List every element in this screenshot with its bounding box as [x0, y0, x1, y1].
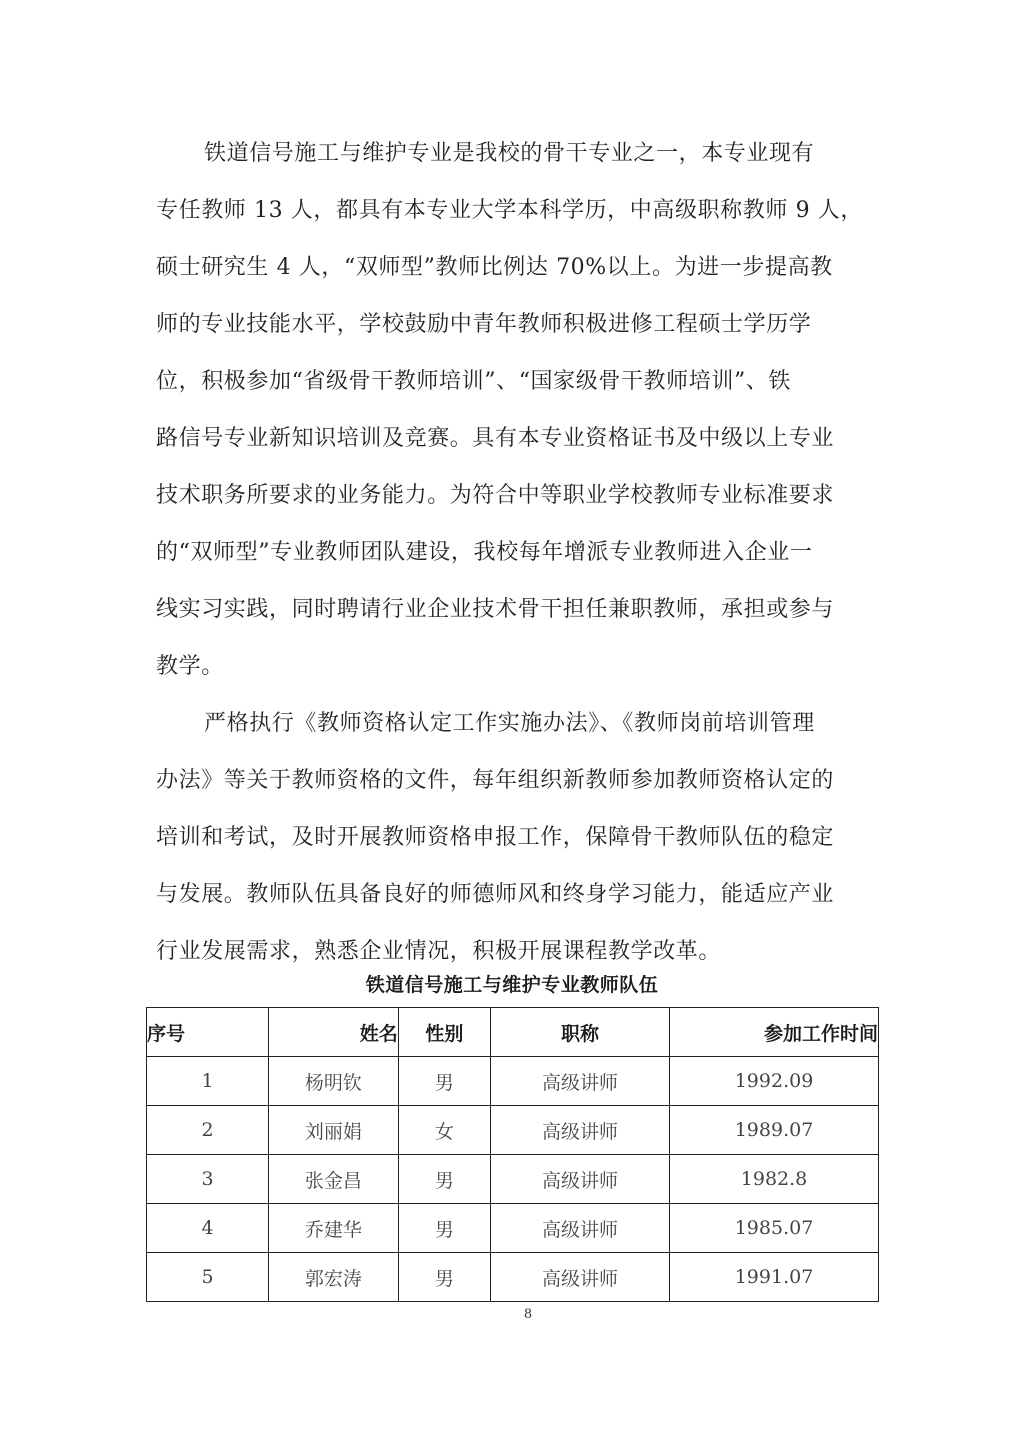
- cell-work-start: 1992.09: [670, 1057, 879, 1106]
- cell-work-start: 1989.07: [670, 1106, 879, 1155]
- text-line: 师的专业技能水平，学校鼓励中青年教师积极进修工程硕士学历学: [156, 303, 868, 360]
- table-row: 1 杨明钦 男 高级讲师 1992.09: [147, 1057, 879, 1106]
- text-line: 线实习实践，同时聘请行业企业技术骨干担任兼职教师，承担或参与: [156, 588, 868, 645]
- text-line: 路信号专业新知识培训及竞赛。具有本专业资格证书及中级以上专业: [156, 417, 868, 474]
- cell-gender: 女: [398, 1106, 490, 1155]
- text-line: 严格执行《教师资格认定工作实施办法》、《教师岗前培训管理: [156, 702, 868, 759]
- document-page: 铁道信号施工与维护专业是我校的骨干专业之一，本专业现有 专任教师 13 人，都具…: [0, 0, 1024, 1448]
- table-row: 2 刘丽娟 女 高级讲师 1989.07: [147, 1106, 879, 1155]
- text-line: 办法》等关于教师资格的文件，每年组织新教师参加教师资格认定的: [156, 759, 868, 816]
- cell-name: 张金昌: [269, 1155, 399, 1204]
- header-title: 职称: [490, 1008, 669, 1057]
- text-line: 的“双师型”专业教师团队建设，我校每年增派专业教师进入企业一: [156, 531, 868, 588]
- cell-index: 2: [147, 1106, 269, 1155]
- cell-index: 1: [147, 1057, 269, 1106]
- text-line: 硕士研究生 4 人，“双师型”教师比例达 70%以上。为进一步提高教: [156, 246, 868, 303]
- body-text: 铁道信号施工与维护专业是我校的骨干专业之一，本专业现有 专任教师 13 人，都具…: [156, 132, 868, 987]
- paragraph-teacher-overview: 铁道信号施工与维护专业是我校的骨干专业之一，本专业现有 专任教师 13 人，都具…: [156, 132, 868, 702]
- table-row: 4 乔建华 男 高级讲师 1985.07: [147, 1204, 879, 1253]
- page-number: 8: [0, 1307, 1024, 1322]
- teacher-table: 序号 姓名 性别 职称 参加工作时间 1 杨明钦 男 高级讲师 1992.09 …: [146, 1007, 879, 1302]
- text-line: 与发展。教师队伍具备良好的师德师风和终身学习能力，能适应产业: [156, 873, 868, 930]
- header-index: 序号: [147, 1008, 269, 1057]
- cell-name: 杨明钦: [269, 1057, 399, 1106]
- text-line: 培训和考试，及时开展教师资格申报工作，保障骨干教师队伍的稳定: [156, 816, 868, 873]
- cell-gender: 男: [398, 1057, 490, 1106]
- table-caption: 铁道信号施工与维护专业教师队伍: [146, 970, 878, 997]
- cell-title: 高级讲师: [490, 1204, 669, 1253]
- text-line: 铁道信号施工与维护专业是我校的骨干专业之一，本专业现有: [156, 132, 868, 189]
- cell-work-start: 1991.07: [670, 1253, 879, 1302]
- cell-name: 乔建华: [269, 1204, 399, 1253]
- cell-index: 3: [147, 1155, 269, 1204]
- paragraph-qualification-policy: 严格执行《教师资格认定工作实施办法》、《教师岗前培训管理 办法》等关于教师资格的…: [156, 702, 868, 987]
- cell-title: 高级讲师: [490, 1106, 669, 1155]
- cell-name: 郭宏涛: [269, 1253, 399, 1302]
- text-line: 专任教师 13 人，都具有本专业大学本科学历，中高级职称教师 9 人，: [156, 189, 868, 246]
- text-line: 教学。: [156, 645, 868, 702]
- cell-gender: 男: [398, 1253, 490, 1302]
- header-name: 姓名: [269, 1008, 399, 1057]
- cell-index: 4: [147, 1204, 269, 1253]
- cell-gender: 男: [398, 1204, 490, 1253]
- cell-work-start: 1985.07: [670, 1204, 879, 1253]
- text-line: 技术职务所要求的业务能力。为符合中等职业学校教师专业标准要求: [156, 474, 868, 531]
- table-header-row: 序号 姓名 性别 职称 参加工作时间: [147, 1008, 879, 1057]
- cell-title: 高级讲师: [490, 1253, 669, 1302]
- table-row: 5 郭宏涛 男 高级讲师 1991.07: [147, 1253, 879, 1302]
- cell-work-start: 1982.8: [670, 1155, 879, 1204]
- cell-index: 5: [147, 1253, 269, 1302]
- cell-gender: 男: [398, 1155, 490, 1204]
- cell-title: 高级讲师: [490, 1155, 669, 1204]
- text-line: 位，积极参加“省级骨干教师培训”、“国家级骨干教师培训”、铁: [156, 360, 868, 417]
- cell-title: 高级讲师: [490, 1057, 669, 1106]
- cell-name: 刘丽娟: [269, 1106, 399, 1155]
- table-row: 3 张金昌 男 高级讲师 1982.8: [147, 1155, 879, 1204]
- header-gender: 性别: [398, 1008, 490, 1057]
- header-work-start: 参加工作时间: [670, 1008, 879, 1057]
